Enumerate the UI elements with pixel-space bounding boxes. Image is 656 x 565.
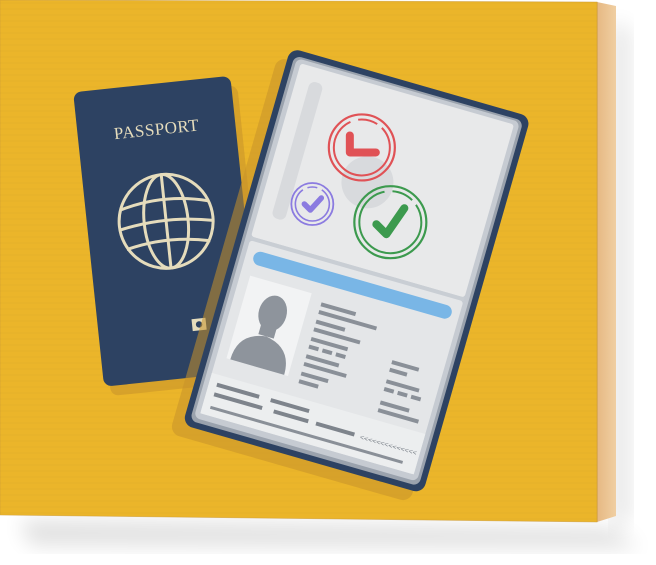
wood-print-canvas: PASSPORT (0, 0, 656, 565)
wood-side-edge (597, 2, 616, 522)
